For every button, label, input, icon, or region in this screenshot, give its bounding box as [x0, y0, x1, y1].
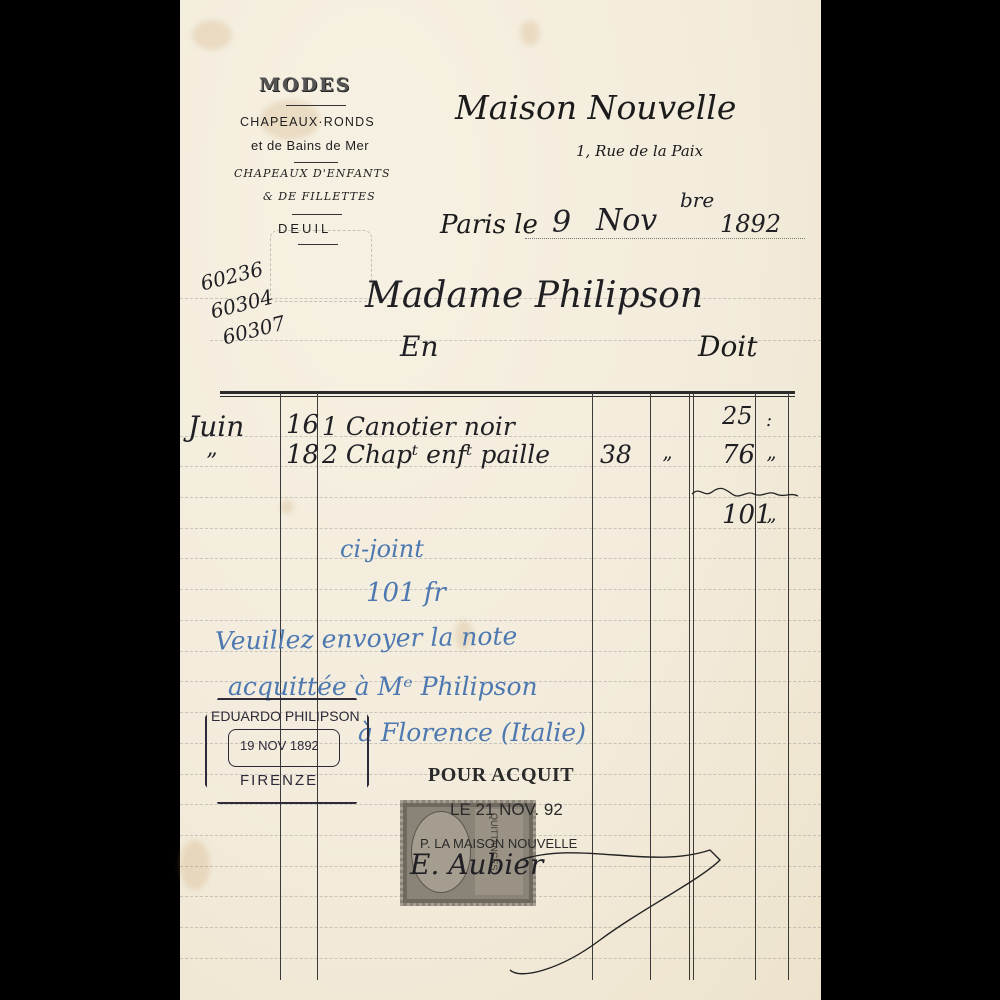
- letterhead-line3: CHAPEAUX D'ENFANTS: [234, 167, 391, 180]
- payment-stamp-title: POUR ACQUIT: [428, 764, 574, 787]
- signature-flourish: [400, 840, 730, 990]
- date-year: 1892: [720, 210, 781, 238]
- recipient-name: Madame Philipson: [365, 275, 703, 316]
- item-amount: 25: [722, 402, 753, 430]
- annotation-blue-line1: Veuillez envoyer la note: [215, 621, 518, 655]
- letterhead-line1: CHAPEAUX·RONDS: [240, 115, 375, 129]
- paper-stain: [280, 500, 294, 514]
- doit-label: Doit: [698, 330, 758, 363]
- date-day: 9: [552, 205, 571, 240]
- item-cents: ”: [766, 452, 776, 476]
- item-description: 1 Canotier noir: [322, 412, 515, 441]
- received-stamp-date: 19 NOV 1892: [240, 738, 319, 753]
- item-description: 2 Chapᵗ enfᵗ paille: [322, 440, 550, 469]
- table-header-rule: [220, 391, 795, 394]
- table-header-rule-thin: [220, 396, 795, 397]
- ornament-divider: [286, 105, 346, 106]
- paper-stain: [520, 20, 540, 46]
- business-address: 1, Rue de la Paix: [576, 142, 703, 160]
- ornament-divider: [294, 162, 338, 163]
- payment-stamp-date: LE 21 NOV. 92: [450, 800, 563, 820]
- date-month: Nov: [596, 203, 657, 238]
- total-amount: 101: [722, 500, 772, 530]
- column-line-right: [788, 393, 789, 980]
- item-amount: 76: [722, 440, 755, 470]
- ruled-line: [180, 589, 821, 590]
- faint-ghost-stamp: [270, 230, 372, 302]
- paper-stain: [180, 840, 210, 890]
- ruled-line: [180, 558, 821, 559]
- received-stamp-name: EDUARDO PHILIPSON: [211, 708, 360, 724]
- letterhead-line2: et de Bains de Mer: [251, 138, 369, 153]
- letterhead-line4: & DE FILLETTES: [263, 190, 376, 203]
- item-day: 16: [286, 410, 319, 440]
- ornament-divider: [292, 214, 342, 215]
- date-dotted-line: [525, 238, 805, 239]
- received-stamp-city: FIRENZE: [240, 772, 318, 789]
- annotation-cijoint: ci-joint: [340, 535, 424, 563]
- letterhead-modes: MODES: [259, 74, 351, 96]
- annotation-amount: 101 fr: [366, 578, 446, 608]
- column-line-cents: [755, 393, 756, 980]
- annotation-blue-line3: à Florence (Italie): [358, 718, 586, 747]
- business-name: Maison Nouvelle: [455, 88, 736, 127]
- total-cents: ”: [766, 514, 776, 538]
- annotation-blue-line2: acquittée à Mᵉ Philipson: [228, 672, 538, 701]
- total-squiggle: [690, 484, 800, 500]
- paper-stain: [192, 20, 232, 50]
- en-label: En: [400, 330, 438, 363]
- item-cents: :: [766, 410, 772, 431]
- item-month: Juin: [188, 410, 244, 443]
- item-day: 18: [286, 440, 319, 470]
- item-unit-cents: ”: [662, 452, 672, 476]
- item-month: ”: [206, 450, 217, 475]
- date-month-suffix: bre: [680, 188, 714, 212]
- item-unit-price: 38: [600, 440, 632, 469]
- date-city: Paris le: [440, 210, 538, 240]
